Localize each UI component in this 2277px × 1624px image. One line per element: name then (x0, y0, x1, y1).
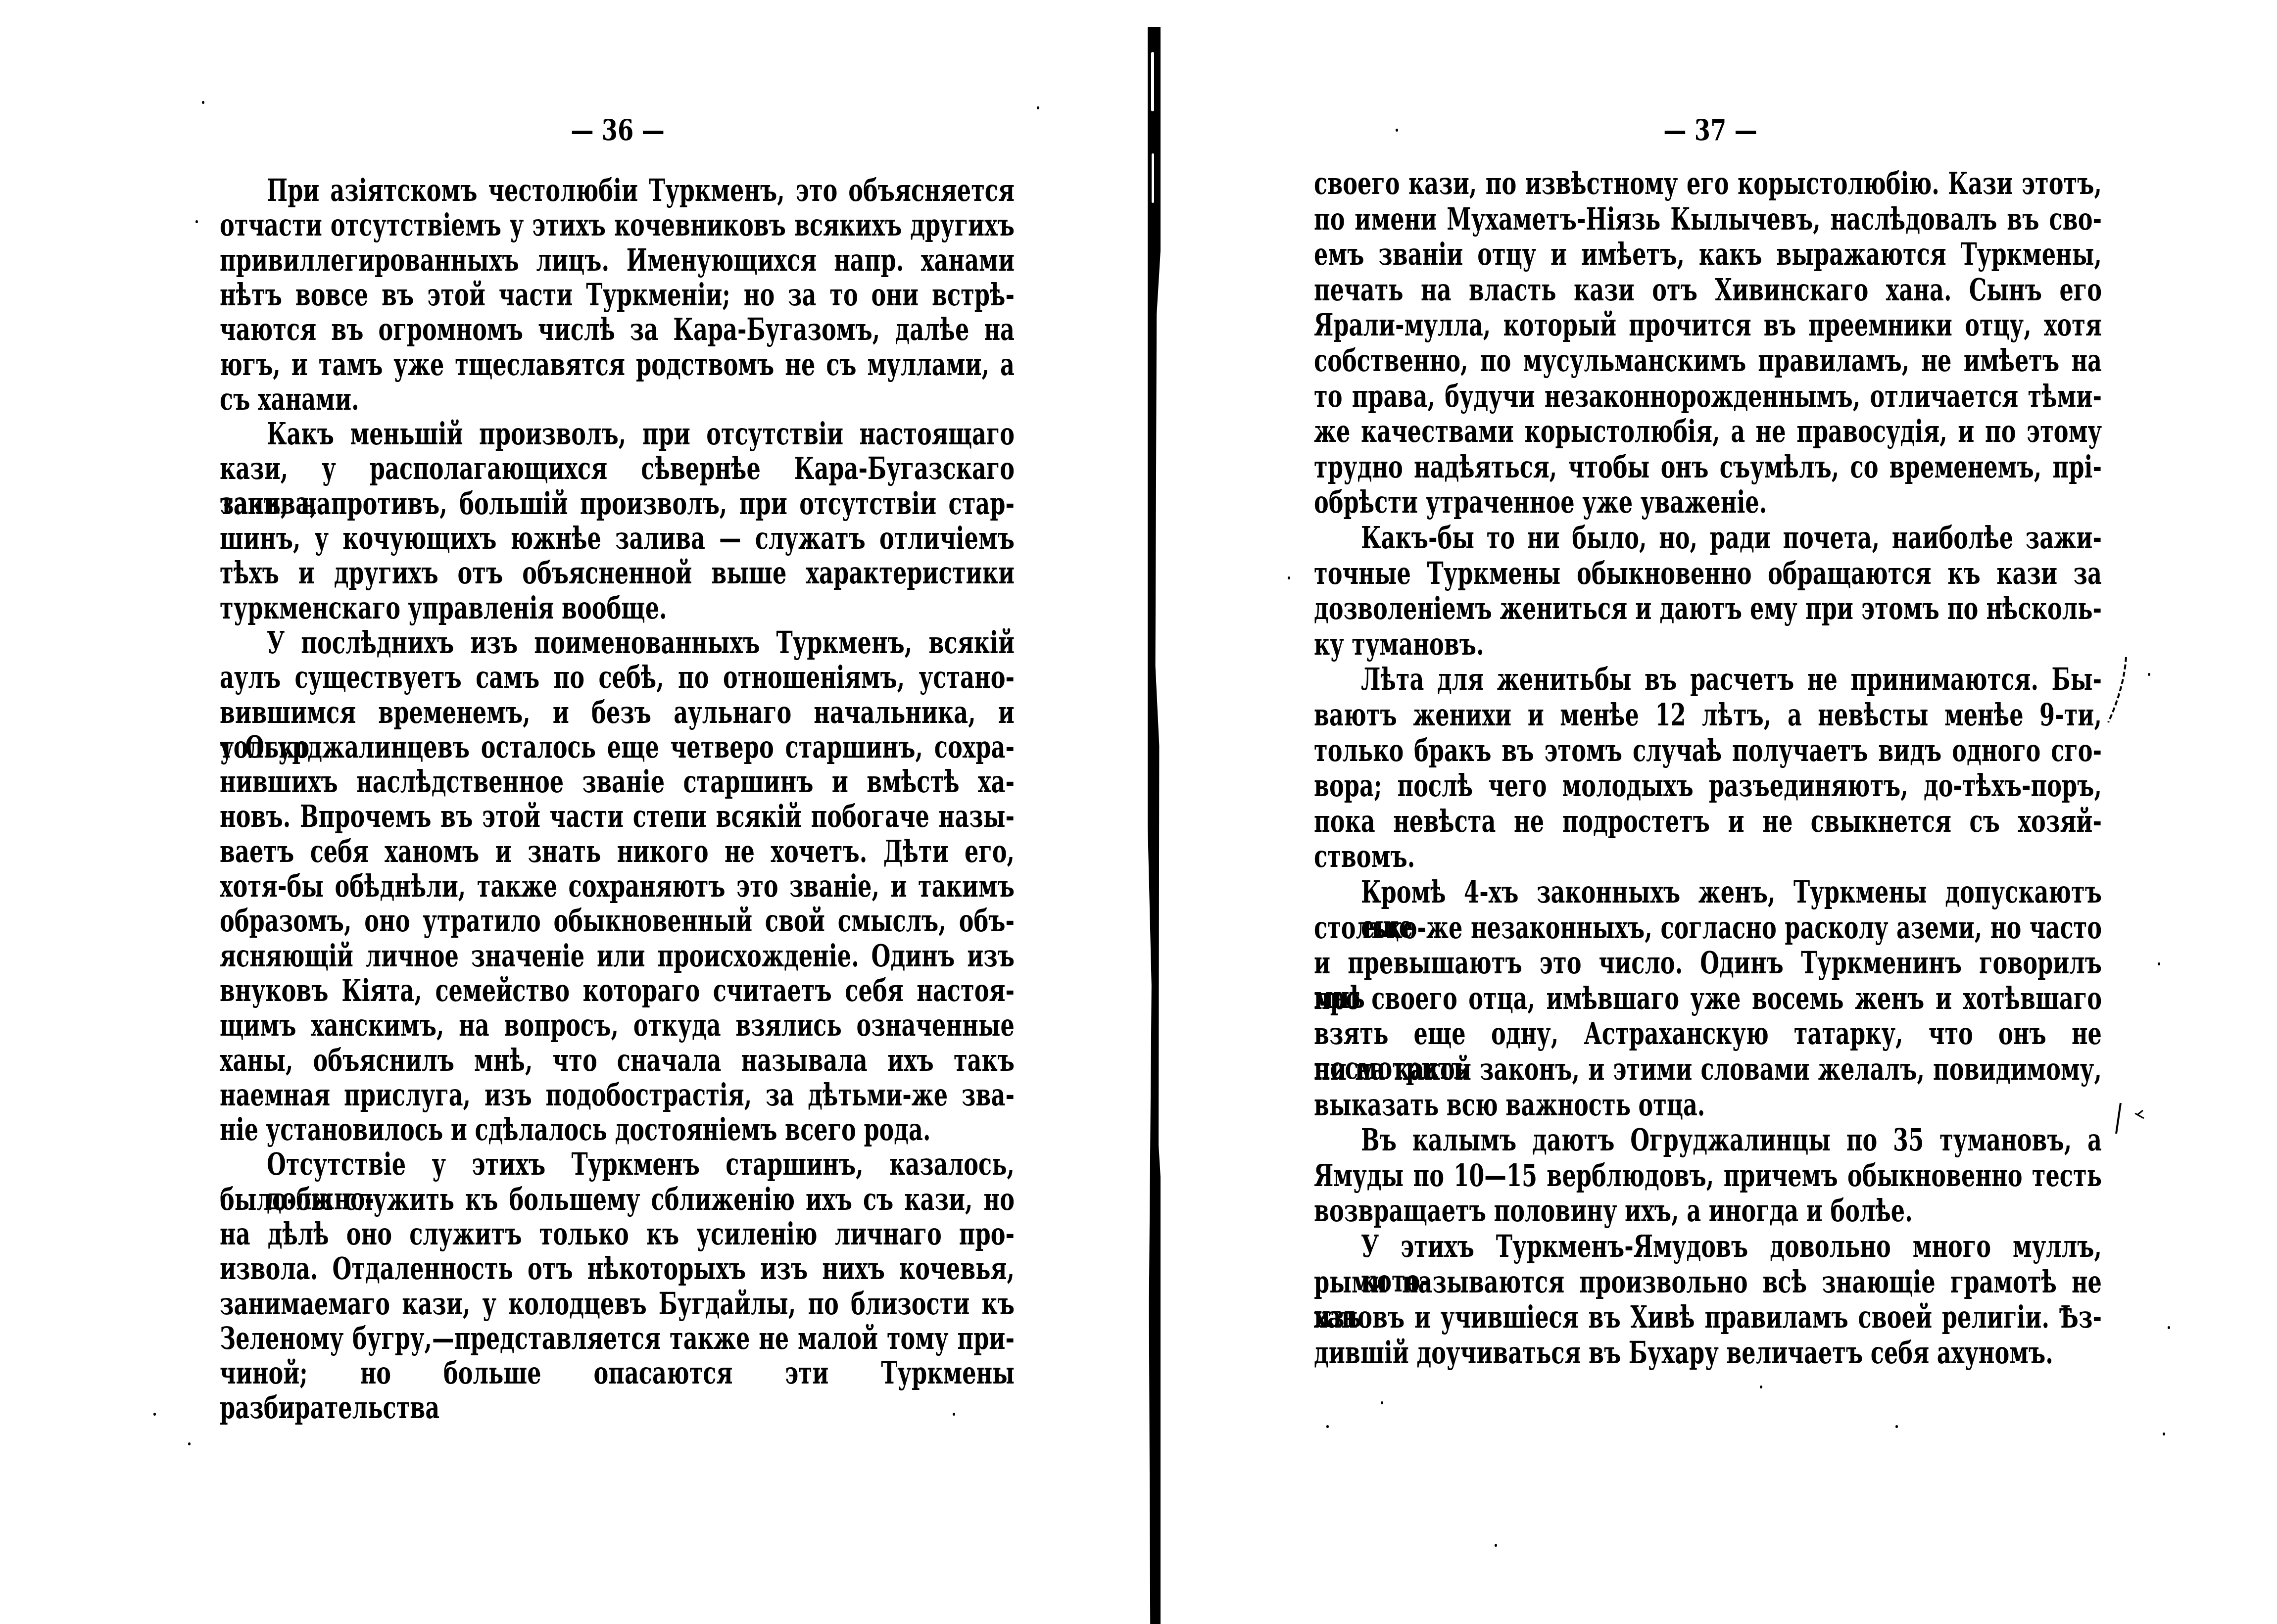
text-line: чаются въ огромномъ числѣ за Кара-Бугазо… (220, 312, 1015, 347)
scan-speck (2158, 962, 2160, 965)
text-line: шинъ, у кочующихъ южнѣе залива — служатъ… (220, 521, 1015, 556)
text-line: Въ калымъ даютъ Огруджалинцы по 35 туман… (1361, 1123, 2102, 1157)
gutter-highlight (1151, 52, 1154, 111)
margin-pencil-mark (2133, 1108, 2148, 1123)
text-line: Кромѣ 4-хъ законныхъ женъ, Туркмены допу… (1361, 875, 2102, 909)
text-line: чиной; но больше опасаются эти Туркмены … (220, 1356, 1015, 1390)
text-line: нѣтъ вовсе въ этой части Туркменіи; но з… (220, 278, 1015, 312)
text-line: ніе установилось и сдѣлалось достояніемъ… (220, 1112, 1015, 1147)
text-line: Ямуды по 10—15 верблюдовъ, причемъ обыкн… (1314, 1158, 2102, 1193)
text-line: выказать всю важность отца. (1314, 1088, 2102, 1122)
text-line: Какъ меньшій произволъ, при отсутствіи н… (267, 417, 1015, 451)
scan-speck (1396, 129, 1398, 132)
scan-speck (2163, 1433, 2165, 1435)
scan-speck (2148, 673, 2150, 676)
text-line: Какъ-бы то ни было, но, ради почета, наи… (1361, 521, 2102, 555)
text-line: по имени Мухаметъ-Ніязь Кылычевъ, наслѣд… (1314, 202, 2102, 237)
text-line: тѣхъ и другихъ отъ объясненной выше хара… (220, 556, 1015, 590)
text-line: же качествами корыстолюбія, а не правосу… (1314, 414, 2102, 449)
text-line: ясняющій личное значеніе или происхожден… (220, 939, 1015, 973)
text-line: нившихъ наслѣдственное званіе старшинъ и… (220, 764, 1015, 799)
margin-pencil-mark (2108, 1101, 2128, 1136)
text-line: извола. Отдаленность отъ нѣкоторыхъ изъ … (220, 1251, 1015, 1286)
text-line: точные Туркмены обыкновенно обращаются к… (1314, 556, 2102, 591)
scan-speck (1326, 1425, 1329, 1428)
text-line: Ярали-мулла, который прочится въ преемни… (1314, 308, 2102, 342)
text-line: пока невѣста не подростетъ и не свыкнетс… (1314, 804, 2102, 839)
page-number-left: — 36 — (567, 113, 669, 147)
text-line: Зеленому бугру,—представляется также не … (220, 1321, 1015, 1356)
text-line: собственно, по мусульманскимъ правиламъ,… (1314, 343, 2102, 378)
text-line: У послѣднихъ изъ поименованныхъ Туркменъ… (267, 625, 1015, 660)
page-number-right: — 37 — (1660, 113, 1761, 147)
text-line: новъ. Впрочемъ въ этой части степи всякі… (220, 799, 1015, 834)
text-line: на дѣлѣ оно служитъ только къ усиленію л… (220, 1217, 1015, 1251)
scan-speck (195, 220, 198, 223)
text-line: у Огурджалинцевъ осталось еще четверо ст… (220, 730, 1015, 764)
text-line: югъ, и тамъ уже тщеславятся родствомъ не… (220, 347, 1015, 382)
scan-speck (953, 1413, 955, 1416)
text-line: рыми называются произвольно всѣ знающіе … (1314, 1265, 2102, 1299)
text-line: аулъ существуетъ самъ по себѣ, по отноше… (220, 660, 1015, 695)
scan-speck (188, 1442, 191, 1445)
text-line: вора; послѣ чего молодыхъ разъединяютъ, … (1314, 768, 2102, 803)
margin-pencil-mark (2093, 653, 2138, 727)
text-line: отчасти отсутствіемъ у этихъ кочевниковъ… (220, 208, 1015, 242)
text-line: про своего отца, имѣвшаго уже восемь жен… (1314, 981, 2102, 1016)
right-page: — 37 — своего кази, по извѣстному его ко… (1168, 0, 2277, 1624)
gutter-highlight (1152, 153, 1154, 203)
text-line: кази, у располагающихся сѣвернѣе Кара-Бу… (220, 451, 1015, 486)
text-line: ствомъ. (1314, 839, 2102, 874)
text-line: Отсутствіе у этихъ Туркменъ старшинъ, ка… (267, 1147, 1015, 1182)
book-spread: — 36 — При азіятскомъ честолюбіи Туркмен… (0, 0, 2277, 1624)
text-line: У этихъ Туркменъ-Ямудовъ довольно много … (1361, 1229, 2102, 1264)
text-line: туркменскаго управленія вообще. (220, 591, 1015, 625)
text-line: вившимся временемъ, и безъ аульнаго нача… (220, 695, 1015, 730)
text-line: щимъ ханскимъ, на вопросъ, откуда взялис… (220, 1008, 1015, 1043)
text-line: привиллегированныхъ лицъ. Именующихся на… (220, 243, 1015, 278)
text-line: обрѣсти утраченное уже уваженіе. (1314, 485, 2102, 520)
text-line: дозволеніемъ жениться и даютъ ему при эт… (1314, 591, 2102, 626)
text-line: ваютъ женихи и менѣе 12 лѣтъ, а невѣсты … (1314, 698, 2102, 732)
scan-speck (2168, 1326, 2170, 1329)
text-line: Лѣта для женитьбы въ расчетъ не принимаю… (1361, 662, 2102, 697)
text-line: ваетъ себя ханомъ и знать никого не хоче… (220, 834, 1015, 869)
text-line: трудно надѣяться, чтобы онъ съумѣлъ, со … (1314, 450, 2102, 484)
scan-speck (1381, 1401, 1383, 1404)
left-page: — 36 — При азіятскомъ честолюбіи Туркмен… (0, 0, 1138, 1624)
text-line: ни на какой законъ, и этими словами жела… (1314, 1052, 2102, 1087)
text-line: образомъ, оно утратило обыкновенный свой… (220, 904, 1015, 938)
text-line: занимаемаго кази, у колодцевъ Бугдайлы, … (220, 1287, 1015, 1321)
text-line: столько-же незаконныхъ, согласно расколу… (1314, 910, 2102, 945)
scan-speck (202, 101, 204, 104)
text-line: ханы, объяснилъ мнѣ, что сначала называл… (220, 1043, 1015, 1078)
scan-speck (1288, 576, 1290, 579)
scan-speck (1895, 1425, 1898, 1428)
text-line: такъ, напротивъ, большій произволъ, при … (220, 486, 1015, 521)
text-line: хановъ и учившіеся въ Хивѣ правиламъ сво… (1314, 1300, 2102, 1335)
text-line: внуковъ Кіята, семейство котораго считае… (220, 973, 1015, 1008)
text-line: своего кази, по извѣстному его корыстолю… (1314, 166, 2102, 201)
text-line: печать на власть кази отъ Хивинскаго хан… (1314, 273, 2102, 307)
text-line: взять еще одну, Астраханскую татарку, чт… (1314, 1016, 2102, 1051)
text-line: съ ханами. (220, 382, 1015, 417)
text-line: ку тумановъ. (1314, 627, 2102, 662)
book-gutter-shadow (1148, 27, 1161, 1624)
text-line: наемная прислуга, изъ подобострастія, за… (220, 1078, 1015, 1112)
text-line: и превышаютъ это число. Одинъ Туркменинъ… (1314, 946, 2102, 980)
scan-speck (1760, 1385, 1762, 1388)
text-line: возвращаетъ половину ихъ, а иногда и бол… (1314, 1194, 2102, 1228)
text-line: емъ званіи отцу и имѣетъ, какъ выражаютс… (1314, 237, 2102, 272)
text-line: то права, будучи незаконнорожденнымъ, от… (1314, 379, 2102, 414)
text-line: только бракъ въ этомъ случаѣ получаетъ в… (1314, 733, 2102, 768)
scan-speck (1037, 106, 1039, 109)
text-line: хотя-бы обѣднѣли, также сохраняютъ это з… (220, 869, 1015, 904)
text-line: При азіятскомъ честолюбіи Туркменъ, это … (267, 173, 1015, 208)
scan-speck (1495, 1544, 1497, 1547)
text-line: было-бы служить къ большему сближенію их… (220, 1182, 1015, 1217)
scan-speck (153, 1413, 156, 1416)
text-line: дившій доучиваться въ Бухару величаетъ с… (1314, 1336, 2102, 1370)
